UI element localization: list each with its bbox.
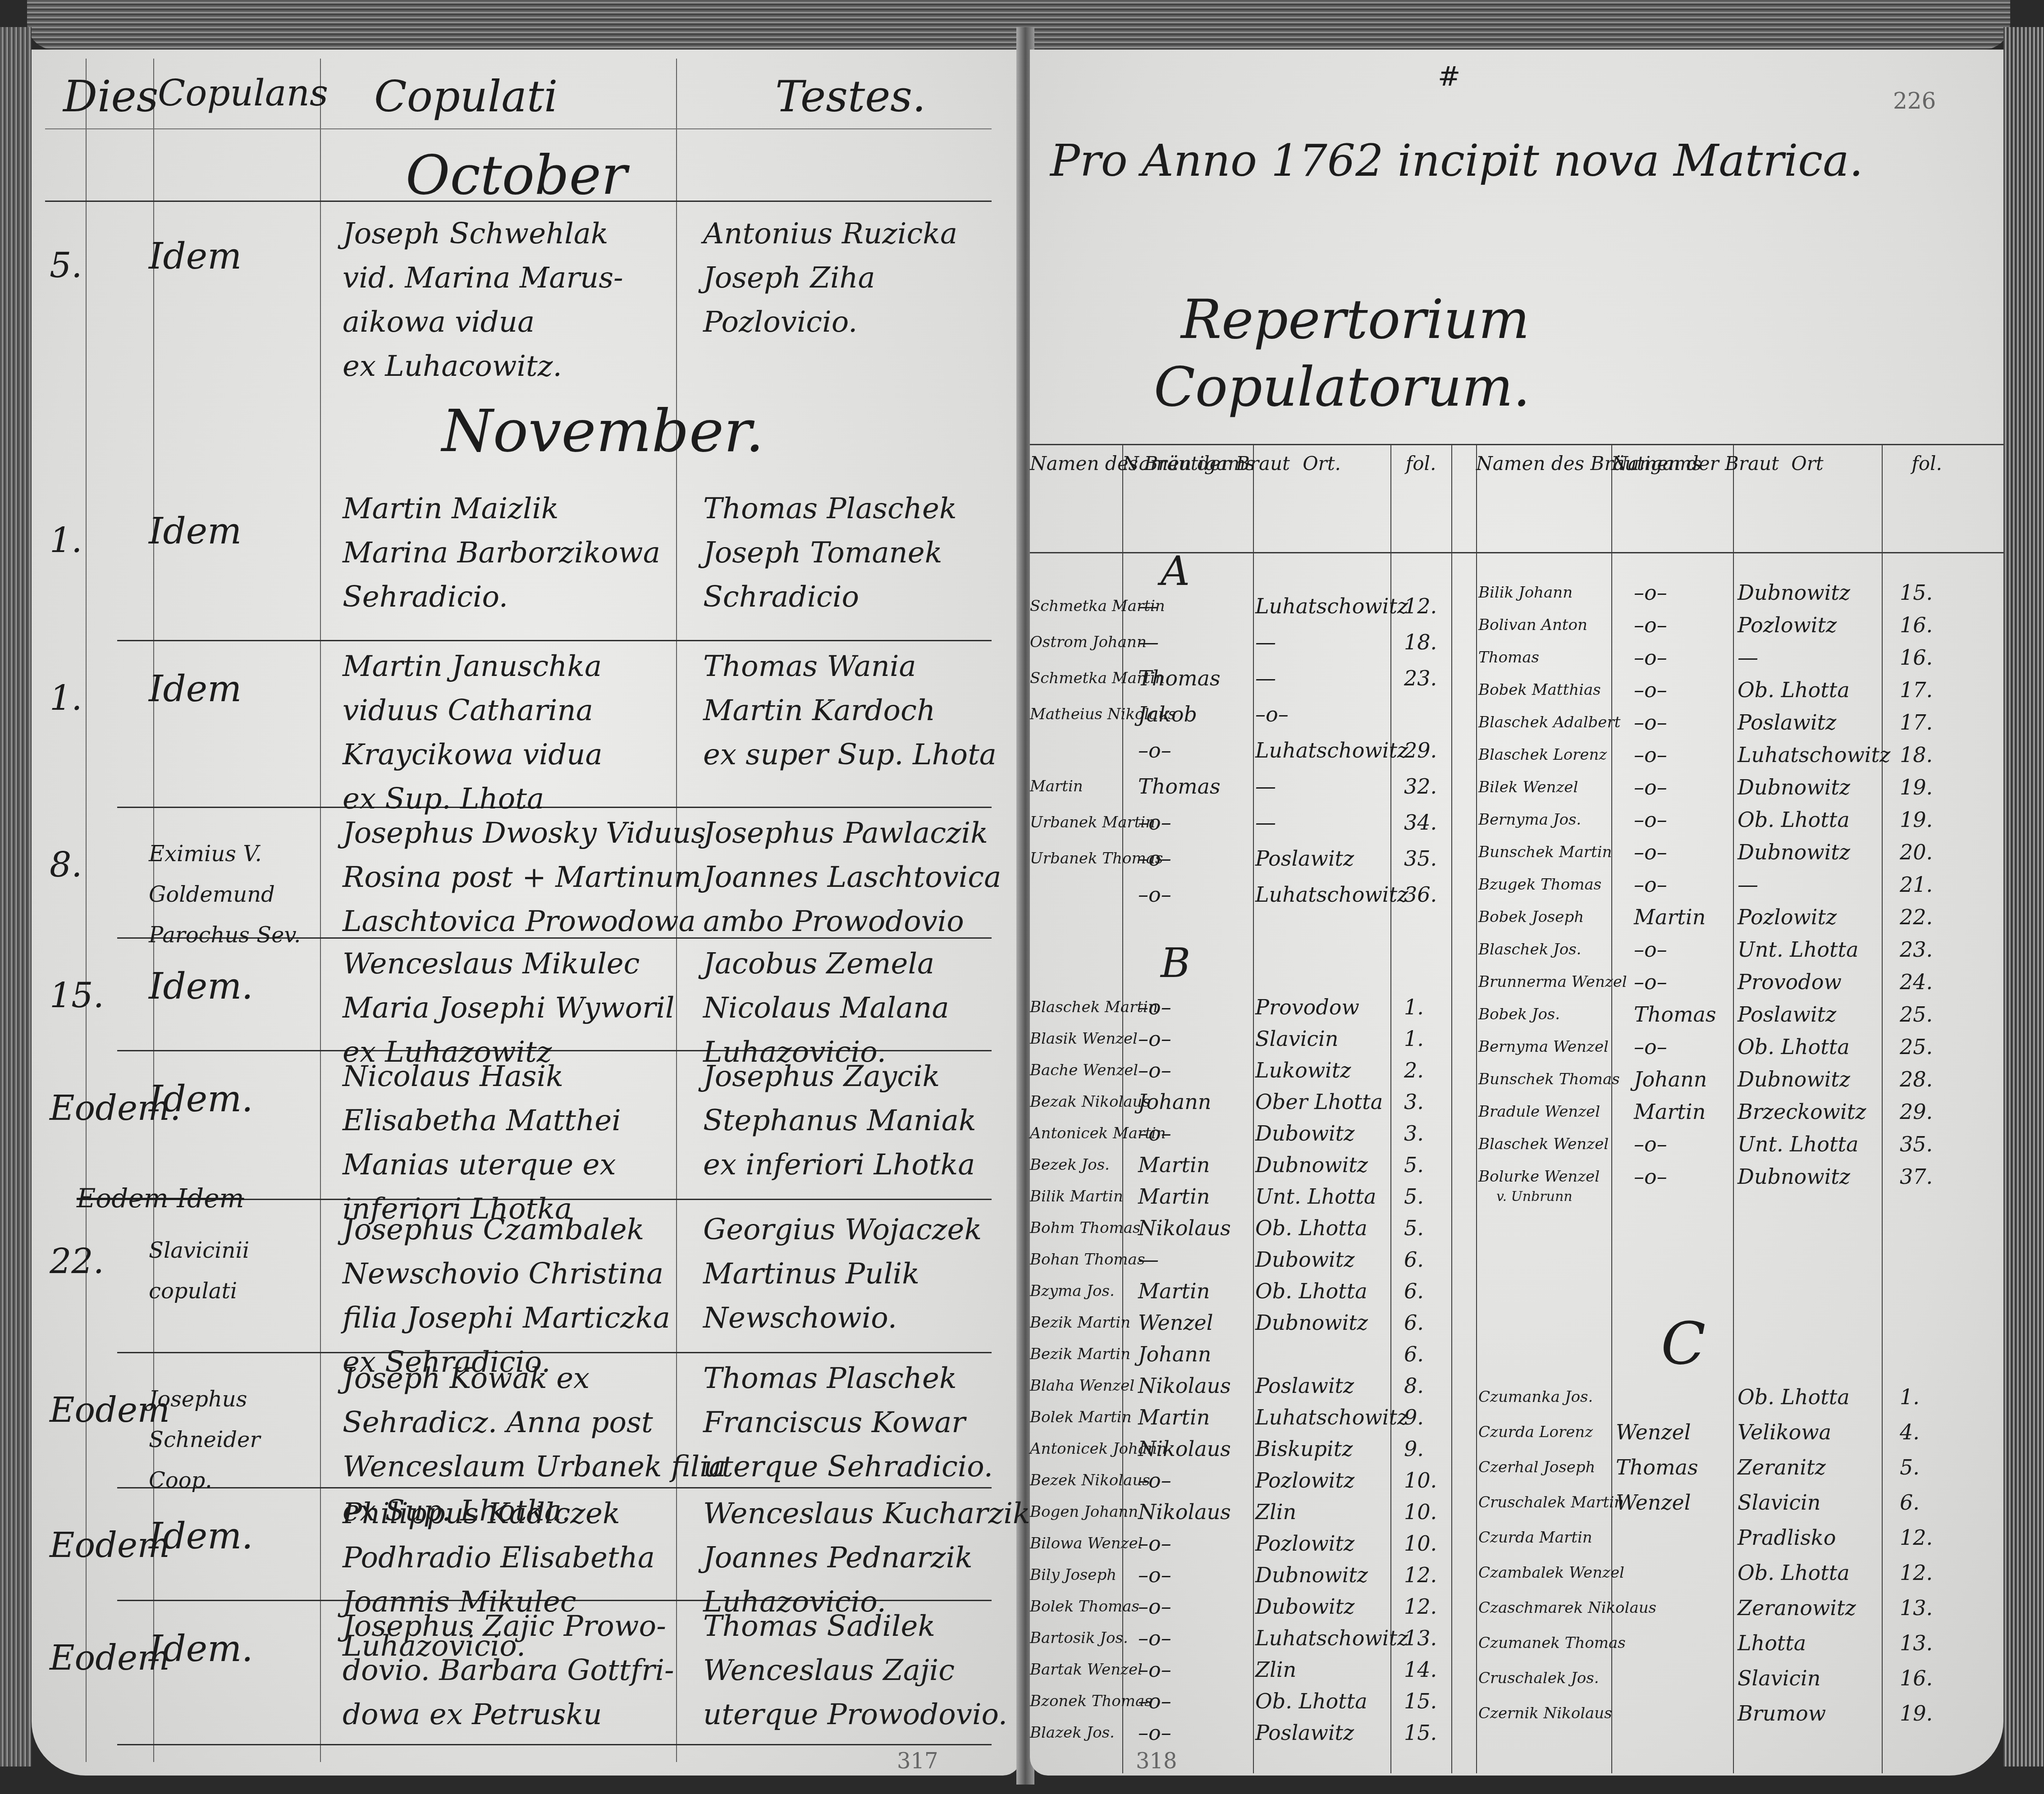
text-line: Maria Josephi Wyworil bbox=[343, 986, 685, 1030]
index-folio: 15. bbox=[1900, 581, 1933, 604]
index-folio: 6. bbox=[1900, 1491, 1920, 1514]
text-line: Jacobus Zemela bbox=[703, 942, 992, 986]
header-witnesses: Testes. bbox=[775, 72, 926, 122]
index-groom: Cruschalek Jos. bbox=[1478, 1667, 1599, 1689]
index-place: Zlin bbox=[1255, 1658, 1296, 1681]
index-folio: 10. bbox=[1404, 1532, 1437, 1555]
index-place: Ob. Lhotta bbox=[1738, 1561, 1850, 1584]
index-groom: Brunnerma Wenzel bbox=[1478, 971, 1627, 993]
text-line: Eodem bbox=[50, 1523, 158, 1567]
text-line: Martin Kardoch bbox=[703, 689, 992, 733]
index-groom: Bilek Wenzel bbox=[1478, 776, 1578, 799]
index-folio: 12. bbox=[1900, 1561, 1933, 1584]
text-line: Joannes Pednarzik bbox=[703, 1536, 992, 1580]
text-line: viduus Catharina bbox=[343, 689, 685, 733]
index-place: Dubnowitz bbox=[1255, 1564, 1368, 1586]
index-title: Repertorium bbox=[1181, 288, 1530, 351]
index-groom: Bzugek Thomas bbox=[1478, 873, 1601, 896]
index-folio: 8. bbox=[1404, 1374, 1424, 1397]
index-groom: Blazek Jos. bbox=[1030, 1721, 1115, 1744]
text-line: Idem. bbox=[149, 1514, 320, 1558]
index-bride: –o– bbox=[1138, 1690, 1171, 1712]
index-groom: Blaschek Lorenz bbox=[1478, 744, 1607, 766]
text-line: Podhradio Elisabetha bbox=[343, 1536, 685, 1580]
index-bride: –o– bbox=[1634, 679, 1667, 701]
text-line: Idem bbox=[149, 667, 320, 711]
header-groom: Namen des Bräutigams bbox=[1476, 453, 1611, 475]
index-folio: 29. bbox=[1404, 739, 1437, 762]
text-line: Newschovio Christina bbox=[343, 1252, 685, 1296]
index-place: Zeranitz bbox=[1738, 1456, 1826, 1479]
text-line: Josephus Czambalek bbox=[343, 1208, 685, 1252]
index-groom: Czernik Nikolaus bbox=[1478, 1702, 1612, 1725]
text-line: Josephus Pawlaczik bbox=[703, 811, 992, 855]
header-place: Ort. bbox=[1253, 453, 1390, 475]
index-bride: –o– bbox=[1138, 847, 1171, 870]
index-place: Poslawitz bbox=[1738, 1003, 1836, 1026]
column-rule bbox=[1476, 444, 1477, 1773]
index-bride: Johann bbox=[1138, 1343, 1211, 1365]
text-line: Eodem bbox=[50, 1388, 158, 1432]
index-groom: Bolivan Anton bbox=[1478, 614, 1587, 636]
index-place: Slavicin bbox=[1738, 1491, 1820, 1514]
index-bride: –o– bbox=[1138, 811, 1171, 834]
index-bride: — bbox=[1138, 595, 1159, 617]
index-note: v. Unbrunn bbox=[1496, 1186, 1573, 1208]
index-folio: 4. bbox=[1900, 1421, 1920, 1443]
text-line: Thomas Wania bbox=[703, 644, 992, 689]
column-rule bbox=[1390, 444, 1391, 1773]
text-line: Nicolaus Malana bbox=[703, 986, 992, 1030]
entry-couple: Josephus Zajic Prowo-dovio. Barbara Gott… bbox=[343, 1604, 685, 1737]
index-bride: Nikolaus bbox=[1138, 1438, 1231, 1460]
index-bride: Martin bbox=[1138, 1185, 1210, 1208]
index-place: Lukowitz bbox=[1255, 1059, 1351, 1082]
index-folio: 12. bbox=[1404, 1595, 1437, 1618]
index-bride: Wenzel bbox=[1616, 1421, 1691, 1443]
index-place: Ober Lhotta bbox=[1255, 1091, 1383, 1113]
index-bride: –o– bbox=[1138, 1532, 1171, 1555]
text-line: Pozlovicio. bbox=[703, 300, 992, 344]
index-place: Slavicin bbox=[1255, 1027, 1338, 1050]
index-folio: 13. bbox=[1900, 1597, 1933, 1619]
entry-witnesses: Thomas PlaschekFranciscus Kowaruterque S… bbox=[703, 1356, 992, 1489]
index-groom: Czaschmarek Nikolaus bbox=[1478, 1597, 1656, 1619]
text-line: dovio. Barbara Gottfri- bbox=[343, 1648, 685, 1693]
text-line: Franciscus Kowar bbox=[703, 1401, 992, 1445]
header-folio: fol. bbox=[1390, 453, 1451, 475]
index-subtitle: Copulatorum. bbox=[1154, 356, 1530, 419]
index-folio: 5. bbox=[1404, 1185, 1424, 1208]
index-folio: 35. bbox=[1900, 1133, 1933, 1155]
entry-day: Eodem bbox=[50, 1388, 158, 1432]
index-folio: 13. bbox=[1900, 1632, 1933, 1654]
index-place: Dubnowitz bbox=[1255, 1311, 1368, 1334]
row-rule bbox=[117, 640, 992, 641]
index-table: Namen des Bräutigams Namen der Braut Ort… bbox=[1030, 444, 2003, 1773]
text-line: Nicolaus Hasik bbox=[343, 1054, 685, 1099]
index-bride: Johann bbox=[1634, 1068, 1707, 1091]
index-place: Ob. Lhotta bbox=[1738, 1036, 1850, 1058]
index-folio: 12. bbox=[1404, 595, 1437, 617]
text-line: Martinus Pulik bbox=[703, 1252, 992, 1296]
text-line: 8. bbox=[50, 843, 158, 887]
index-place: Unt. Lhotta bbox=[1738, 1133, 1858, 1155]
index-place: Provodow bbox=[1255, 996, 1359, 1018]
index-groom: Czambalek Wenzel bbox=[1478, 1561, 1624, 1584]
text-line: Georgius Wojaczek bbox=[703, 1208, 992, 1252]
index-bride: –o– bbox=[1138, 1059, 1171, 1082]
index-groom: Bartosik Jos. bbox=[1030, 1627, 1128, 1649]
index-place: Pozlowitz bbox=[1255, 1469, 1354, 1492]
entry-day: Eodem bbox=[50, 1523, 158, 1567]
index-place: Brzeckowitz bbox=[1738, 1100, 1866, 1123]
entry-day: 1. bbox=[50, 676, 158, 720]
index-bride: Thomas bbox=[1634, 1003, 1716, 1026]
text-line: Wenceslaus Mikulec bbox=[343, 942, 685, 986]
index-place: Luhatschowitz bbox=[1255, 739, 1408, 762]
index-groom: Blaschek Adalbert bbox=[1478, 711, 1620, 734]
column-rule bbox=[1882, 444, 1883, 1773]
text-line: Thomas Plaschek bbox=[703, 1356, 992, 1401]
index-place: Unt. Lhotta bbox=[1255, 1185, 1376, 1208]
entry-officiant: Idem bbox=[149, 667, 320, 711]
index-bride: –o– bbox=[1634, 581, 1667, 604]
index-folio: 15. bbox=[1404, 1721, 1437, 1744]
index-groom: Bobek Jos. bbox=[1478, 1003, 1560, 1026]
entry-officiant: Eximius V. Goldemund Parochus Sev. bbox=[149, 834, 320, 955]
text-line: 15. bbox=[50, 973, 158, 1018]
entry-couple: Martin Januschkaviduus CatharinaKrayciko… bbox=[343, 644, 685, 821]
index-folio: 10. bbox=[1404, 1501, 1437, 1523]
index-bride: –o– bbox=[1634, 776, 1667, 799]
index-bride: Martin bbox=[1138, 1280, 1210, 1302]
entry-day: 1. bbox=[50, 518, 158, 562]
index-place: — bbox=[1738, 646, 1758, 669]
index-groom: Czumanek Thomas bbox=[1478, 1632, 1626, 1654]
index-place: Pozlowitz bbox=[1255, 1532, 1354, 1555]
index-groom: Blaha Wenzel bbox=[1030, 1374, 1134, 1397]
index-bride: –o– bbox=[1138, 739, 1171, 762]
index-place: Ob. Lhotta bbox=[1738, 1386, 1850, 1408]
index-groom: Bartak Wenzel bbox=[1030, 1658, 1143, 1681]
entry-day: Eodem. bbox=[50, 1086, 158, 1130]
index-bride: –o– bbox=[1138, 996, 1171, 1018]
text-line: Antonius Ruzicka bbox=[703, 212, 992, 256]
text-line: ex super Sup. Lhota bbox=[703, 733, 992, 777]
text-line: 22. bbox=[50, 1239, 158, 1283]
text-line: Stephanus Maniak bbox=[703, 1099, 992, 1143]
index-place: Zlin bbox=[1255, 1501, 1296, 1523]
index-bride: –o– bbox=[1634, 744, 1667, 766]
index-folio: 34. bbox=[1404, 811, 1437, 834]
index-place: Lhotta bbox=[1738, 1632, 1806, 1654]
entry-officiant: Idem. bbox=[149, 1514, 320, 1558]
index-folio: 32. bbox=[1404, 775, 1437, 798]
entry-couple: Martin MaizlikMarina BarborzikowaSehradi… bbox=[343, 487, 685, 619]
page-number: 318 bbox=[1136, 1748, 1177, 1774]
month-heading: November. bbox=[442, 397, 764, 465]
entry-witnesses: Josephus ZaycikStephanus Maniakex inferi… bbox=[703, 1054, 992, 1187]
entry-officiant: Idem. bbox=[149, 1627, 320, 1671]
index-place: — bbox=[1255, 811, 1276, 834]
text-line: Newschowio. bbox=[703, 1296, 992, 1340]
index-bride: — bbox=[1138, 631, 1159, 653]
index-bride: Nikolaus bbox=[1138, 1217, 1231, 1239]
index-folio: 23. bbox=[1404, 667, 1437, 689]
index-bride: –o– bbox=[1138, 1469, 1171, 1492]
text-line: Elisabetha Matthei bbox=[343, 1099, 685, 1143]
index-folio: 22. bbox=[1900, 906, 1933, 928]
text-line: Eodem. bbox=[50, 1086, 158, 1130]
register-heading: Pro Anno 1762 incipit nova Matrica. bbox=[1050, 135, 1863, 187]
section-letter-b: B bbox=[1161, 940, 1190, 987]
index-folio: 19. bbox=[1900, 776, 1933, 799]
index-bride: Nikolaus bbox=[1138, 1374, 1231, 1397]
index-groom: Bache Wenzel bbox=[1030, 1059, 1138, 1082]
index-place: Luhatschowitz bbox=[1255, 1406, 1408, 1429]
index-folio: 36. bbox=[1404, 883, 1437, 906]
index-groom: Blasik Wenzel bbox=[1030, 1027, 1138, 1050]
text-line: 1. bbox=[50, 518, 158, 562]
entry-day: 15. bbox=[50, 973, 158, 1018]
text-line: Josephus Dwosky Viduus bbox=[343, 811, 685, 855]
index-folio: 18. bbox=[1404, 631, 1437, 653]
index-folio: 6. bbox=[1404, 1280, 1424, 1302]
text-line: Schradicio bbox=[703, 575, 992, 619]
index-folio: 5. bbox=[1900, 1456, 1920, 1479]
index-folio: 19. bbox=[1900, 1702, 1933, 1725]
index-groom: Ostrom Johann bbox=[1030, 631, 1147, 653]
index-bride: –o– bbox=[1634, 646, 1667, 669]
index-bride: –o– bbox=[1634, 1165, 1667, 1188]
index-folio: 5. bbox=[1404, 1154, 1424, 1176]
text-line: Marina Barborzikowa bbox=[343, 531, 685, 575]
index-groom: Bilik Johann bbox=[1478, 581, 1573, 604]
text-line: dowa ex Petrusku bbox=[343, 1693, 685, 1737]
column-rule bbox=[320, 59, 321, 1762]
index-bride: –o– bbox=[1138, 1027, 1171, 1050]
index-place: Dubowitz bbox=[1255, 1122, 1354, 1145]
column-rule bbox=[1733, 444, 1734, 1773]
text-line: ambo Prowodovio bbox=[703, 899, 992, 944]
index-bride: –o– bbox=[1634, 1133, 1667, 1155]
index-place: Dubowitz bbox=[1255, 1595, 1354, 1618]
index-groom: Bezik Martin bbox=[1030, 1311, 1130, 1334]
index-groom: Bradule Wenzel bbox=[1478, 1100, 1600, 1123]
text-line: Josephus Zajic Prowo- bbox=[343, 1604, 685, 1648]
entry-witnesses: Georgius WojaczekMartinus PulikNewschowi… bbox=[703, 1208, 992, 1340]
index-groom: Martin bbox=[1030, 775, 1083, 798]
text-line: Thomas Plaschek bbox=[703, 487, 992, 531]
index-place: Poslawitz bbox=[1255, 1374, 1354, 1397]
index-groom: Urbanek Martin bbox=[1030, 811, 1155, 834]
index-groom: Bohm Thomas bbox=[1030, 1217, 1140, 1239]
index-groom: Blaschek Jos. bbox=[1478, 938, 1581, 961]
index-folio: 16. bbox=[1900, 646, 1933, 669]
month-heading: October bbox=[406, 144, 627, 207]
text-line: Josephus Schneider Coop. bbox=[149, 1379, 320, 1501]
entry-officiant: Slavicinii copulati bbox=[149, 1230, 320, 1311]
index-folio: 17. bbox=[1900, 711, 1933, 734]
index-groom: Bezek Nikolaus bbox=[1030, 1469, 1150, 1492]
index-groom: Bezik Martin bbox=[1030, 1343, 1130, 1365]
entry-witnesses: Thomas SadilekWenceslaus Zajicuterque Pr… bbox=[703, 1604, 992, 1737]
text-line: Josephus Zaycik bbox=[703, 1054, 992, 1099]
index-groom: Bunschek Thomas bbox=[1478, 1068, 1620, 1091]
index-place: Luhatschowitz bbox=[1255, 595, 1408, 617]
text-line: 5. bbox=[50, 243, 158, 288]
index-folio: 1. bbox=[1404, 1027, 1424, 1050]
index-bride: Thomas bbox=[1616, 1456, 1698, 1479]
index-place: Poslawitz bbox=[1738, 711, 1836, 734]
index-folio: 29. bbox=[1900, 1100, 1933, 1123]
index-bride: Johann bbox=[1138, 1091, 1211, 1113]
index-bride: Wenzel bbox=[1616, 1491, 1691, 1514]
section-letter-c: C bbox=[1661, 1309, 1706, 1378]
text-line: uterque Prowodovio. bbox=[703, 1693, 992, 1737]
index-folio: 16. bbox=[1900, 614, 1933, 636]
open-register-book: Dies Copulans Copulati Testes. October 5… bbox=[0, 0, 2044, 1794]
index-folio: 9. bbox=[1404, 1406, 1424, 1429]
index-bride: –o– bbox=[1138, 1564, 1171, 1586]
text-line: Wenceslaus Zajic bbox=[703, 1648, 992, 1693]
index-bride: –o– bbox=[1138, 1627, 1171, 1649]
entry-day: 5. bbox=[50, 243, 158, 288]
column-rule bbox=[1253, 444, 1254, 1773]
index-folio: 1. bbox=[1900, 1386, 1920, 1408]
entry-day: 22. bbox=[50, 1239, 158, 1283]
text-line: uterque Sehradicio. bbox=[703, 1445, 992, 1489]
index-groom: Bohan Thomas bbox=[1030, 1248, 1145, 1271]
index-folio: 6. bbox=[1404, 1248, 1424, 1271]
index-place: Pozlowitz bbox=[1738, 614, 1837, 636]
index-place: Dubnowitz bbox=[1255, 1154, 1368, 1176]
entry-day: Eodem bbox=[50, 1636, 158, 1680]
index-place: Dubnowitz bbox=[1738, 776, 1850, 799]
index-bride: –o– bbox=[1634, 841, 1667, 863]
header-couple: Copulati bbox=[374, 72, 558, 122]
index-bride: –o– bbox=[1634, 711, 1667, 734]
index-folio: 24. bbox=[1900, 971, 1933, 993]
index-bride: Nikolaus bbox=[1138, 1501, 1231, 1523]
entry-witnesses: Thomas PlaschekJoseph TomanekSchradicio bbox=[703, 487, 992, 619]
text-line: Martin Januschka bbox=[343, 644, 685, 689]
index-groom: Bilik Martin bbox=[1030, 1185, 1123, 1208]
index-groom: Bilowa Wenzel bbox=[1030, 1532, 1143, 1555]
index-folio: 12. bbox=[1900, 1526, 1933, 1549]
index-folio: 18. bbox=[1900, 744, 1933, 766]
index-bride: Thomas bbox=[1138, 667, 1221, 689]
index-place: Zeranowitz bbox=[1738, 1597, 1856, 1619]
text-line: Joseph Ziha bbox=[703, 256, 992, 300]
header-groom: Namen des Bräutigams bbox=[1030, 453, 1122, 475]
index-bride: Martin bbox=[1634, 906, 1706, 928]
index-place: Ob. Lhotta bbox=[1255, 1217, 1367, 1239]
text-line: Sehradicio. bbox=[343, 575, 685, 619]
index-bride: Martin bbox=[1634, 1100, 1706, 1123]
header-place: Ort bbox=[1733, 453, 1882, 475]
index-folio: 21. bbox=[1900, 873, 1933, 896]
index-place: Biskupitz bbox=[1255, 1438, 1353, 1460]
index-bride: –o– bbox=[1138, 1721, 1171, 1744]
entry-officiant: Josephus Schneider Coop. bbox=[149, 1379, 320, 1501]
text-line: Philippus Kadlczek bbox=[343, 1492, 685, 1536]
header-folio: fol. bbox=[1882, 453, 1972, 475]
text-line: Idem bbox=[149, 509, 320, 553]
index-place: Luhatschowitz bbox=[1255, 883, 1408, 906]
index-groom: Bezek Jos. bbox=[1030, 1154, 1110, 1176]
index-folio: 5. bbox=[1404, 1217, 1424, 1239]
index-groom: Thomas bbox=[1478, 646, 1539, 669]
index-folio: 25. bbox=[1900, 1036, 1933, 1058]
folio-number: 226 bbox=[1893, 88, 1936, 114]
entry-couple: Josephus Dwosky ViduusRosina post + Mart… bbox=[343, 811, 685, 944]
index-groom: Czurda Lorenz bbox=[1478, 1421, 1593, 1443]
text-line: Manias uterque ex bbox=[343, 1143, 685, 1187]
header-officiant: Copulans bbox=[158, 72, 328, 114]
index-groom: Bezak Nikolaus bbox=[1030, 1091, 1150, 1113]
index-groom: Bernyma Jos. bbox=[1478, 808, 1581, 831]
index-place: Provodow bbox=[1738, 971, 1842, 993]
index-place: — bbox=[1738, 873, 1758, 896]
index-folio: 17. bbox=[1900, 679, 1933, 701]
row-rule bbox=[117, 1744, 992, 1745]
text-line: Slavicinii copulati bbox=[149, 1230, 320, 1311]
index-place: Velikowa bbox=[1738, 1421, 1831, 1443]
index-folio: 9. bbox=[1404, 1438, 1424, 1460]
text-line: Idem bbox=[149, 234, 320, 278]
index-groom: Bolek Martin bbox=[1030, 1406, 1132, 1429]
header-rule bbox=[45, 128, 992, 129]
index-place: Dubnowitz bbox=[1738, 841, 1850, 863]
index-groom: Bobek Joseph bbox=[1478, 906, 1584, 928]
index-folio: 6. bbox=[1404, 1343, 1424, 1365]
column-rule bbox=[86, 59, 87, 1762]
index-place: Ob. Lhotta bbox=[1738, 808, 1850, 831]
index-place: Poslawitz bbox=[1255, 1721, 1354, 1744]
index-folio: 3. bbox=[1404, 1091, 1424, 1113]
index-place: Dubowitz bbox=[1255, 1248, 1354, 1271]
index-bride: –o– bbox=[1634, 971, 1667, 993]
index-bride: –o– bbox=[1138, 1595, 1171, 1618]
text-line: Joseph Schwehlak bbox=[343, 212, 685, 256]
entry-officiant: Idem. bbox=[149, 1077, 320, 1121]
index-folio: 13. bbox=[1404, 1627, 1437, 1649]
index-groom: Cruschalek Martin bbox=[1478, 1491, 1624, 1514]
index-bride: –o– bbox=[1138, 1122, 1171, 1145]
index-groom: Blaschek Wenzel bbox=[1478, 1133, 1609, 1155]
index-groom: Bobek Matthias bbox=[1478, 679, 1601, 701]
text-line: Joannes Laschtovica bbox=[703, 855, 992, 899]
text-line: Kraycikowa vidua bbox=[343, 733, 685, 777]
index-folio: 15. bbox=[1404, 1690, 1437, 1712]
index-bride: –o– bbox=[1634, 808, 1667, 831]
index-folio: 16. bbox=[1900, 1667, 1933, 1689]
entry-day: 8. bbox=[50, 843, 158, 887]
entry-couple: Nicolaus HasikElisabetha MattheiManias u… bbox=[343, 1054, 685, 1231]
section-letter-a: A bbox=[1161, 548, 1190, 595]
entry-witnesses: Josephus PawlaczikJoannes Laschtovicaamb… bbox=[703, 811, 992, 944]
index-place: — bbox=[1255, 667, 1276, 689]
index-groom: Czurda Martin bbox=[1478, 1526, 1592, 1549]
index-bride: — bbox=[1138, 1248, 1159, 1271]
index-bride: –o– bbox=[1634, 1036, 1667, 1058]
index-groom: Bogen Johann bbox=[1030, 1501, 1138, 1523]
index-place: Dubnowitz bbox=[1738, 581, 1850, 604]
index-place: Ob. Lhotta bbox=[1255, 1280, 1367, 1302]
index-place: Poslawitz bbox=[1255, 847, 1354, 870]
